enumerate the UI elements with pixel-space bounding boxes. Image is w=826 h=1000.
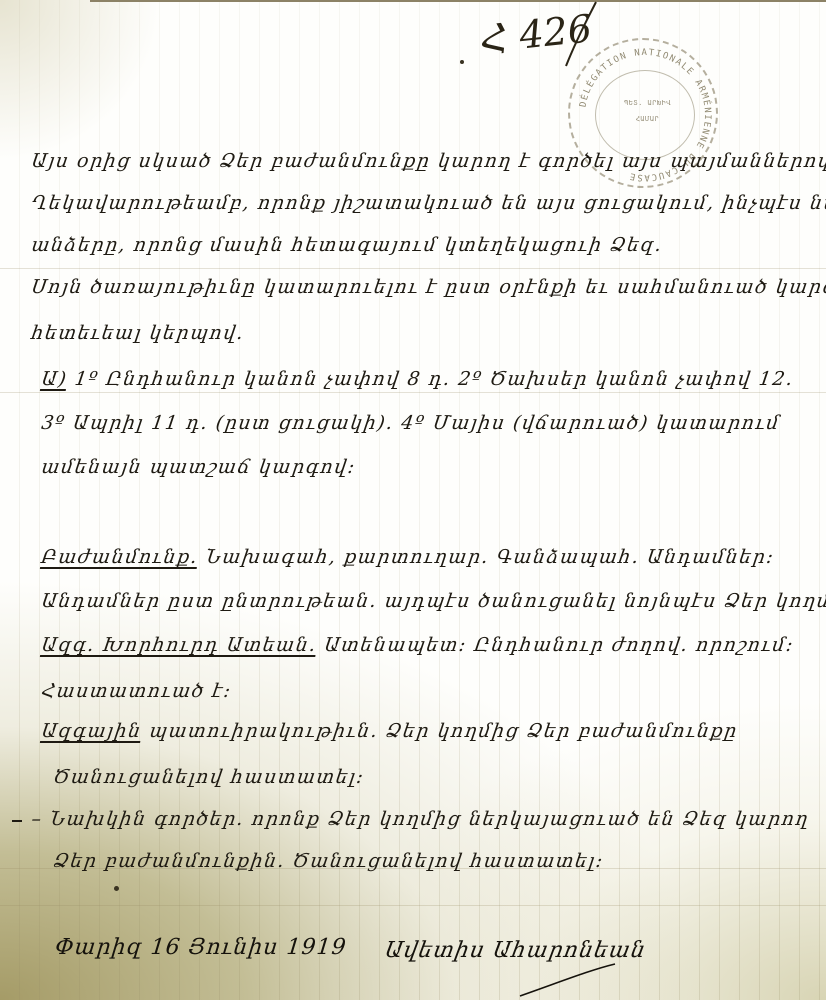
stamp-center-text: ՊԵՏ. ԱՐԽԻՎ ՀԱՄԱՐ — [600, 95, 695, 127]
line-label: Ազգային — [40, 720, 143, 742]
text-line: Ձեր բաժանմունքին. Ծանուցանելով հաստատել։ — [52, 850, 605, 872]
page-top-edge — [90, 0, 826, 2]
line-text: պատուիրակութիւն. Ձեր կողմից Ձեր բաժանմու… — [148, 720, 740, 742]
ruled-line — [0, 268, 826, 269]
text-line: անձերը, որոնց մասին հետագայում կտեղեկացո… — [30, 234, 664, 256]
ruled-line — [0, 905, 826, 906]
line-label: Ազգ. Խորհուրդ Ատեան. — [40, 634, 318, 656]
text-line: Ազգային պատուիրակութիւն. Ձեր կողմից Ձեր … — [40, 720, 739, 742]
text-line: հետեւեալ կերպով. — [30, 322, 246, 344]
signature-flourish-icon — [510, 960, 620, 1000]
stamp-center-line: ՀԱՄԱՐ — [600, 111, 695, 127]
ink-dot — [460, 60, 464, 64]
line-label: Ա) — [40, 368, 69, 390]
line-label: Բաժանմունք. — [40, 546, 200, 568]
ink-dot — [114, 886, 119, 891]
stamp-center-line: ՊԵՏ. ԱՐԽԻՎ — [600, 95, 695, 111]
text-line: Ազգ. Խորհուրդ Ատեան. Ատենապետ։ Ընդհանուր… — [40, 634, 796, 656]
text-line: Ա) 1º Ընդհանուր կանոն չափով 8 դ. 2º Ծախս… — [40, 368, 795, 390]
text-line: Հաստատուած է։ — [40, 680, 233, 702]
dash-mark — [12, 820, 22, 822]
text-line: 3º Ապրիլ 11 դ. (ըստ ցուցակի). 4º Մայիս (… — [40, 412, 782, 434]
text-line: Ղեկավարութեամբ, որոնք յիշատակուած են այս… — [30, 192, 826, 214]
line-text: Ատենապետ։ Ընդհանուր ժողով. որոշում։ — [323, 634, 796, 656]
text-line: Ծանուցանելով հաստատել։ — [52, 766, 366, 788]
text-line: – Նախկին գործեր. որոնք Ձեր կողմից ներկայ… — [30, 808, 811, 830]
document-page: Հ 426 DÉLÉGATION NATIONALE ARMÉNIENNE DU… — [0, 0, 826, 1000]
line-text: 1º Ընդհանուր կանոն չափով 8 դ. 2º Ծախսեր … — [73, 368, 795, 390]
line-text: Նախագահ, քարտուղար. Գանձապահ. Անդամներ։ — [204, 546, 776, 568]
text-line: Անդամներ ըստ ընտրութեան. այդպէս ծանուցան… — [40, 590, 826, 612]
text-line: Սոյն ծառայութիւնը կատարուելու է ըստ օրէն… — [30, 276, 826, 298]
text-line: Այս օրից սկսած Ձեր բաժանմունքը կարող է գ… — [30, 150, 826, 172]
ruled-line — [0, 392, 826, 393]
text-line: ամենայն պատշաճ կարգով։ — [40, 456, 357, 478]
letter-date: Փարիզ 16 Յունիս 1919 — [54, 935, 348, 960]
text-line: Բաժանմունք. Նախագահ, քարտուղար. Գանձապահ… — [40, 546, 776, 568]
